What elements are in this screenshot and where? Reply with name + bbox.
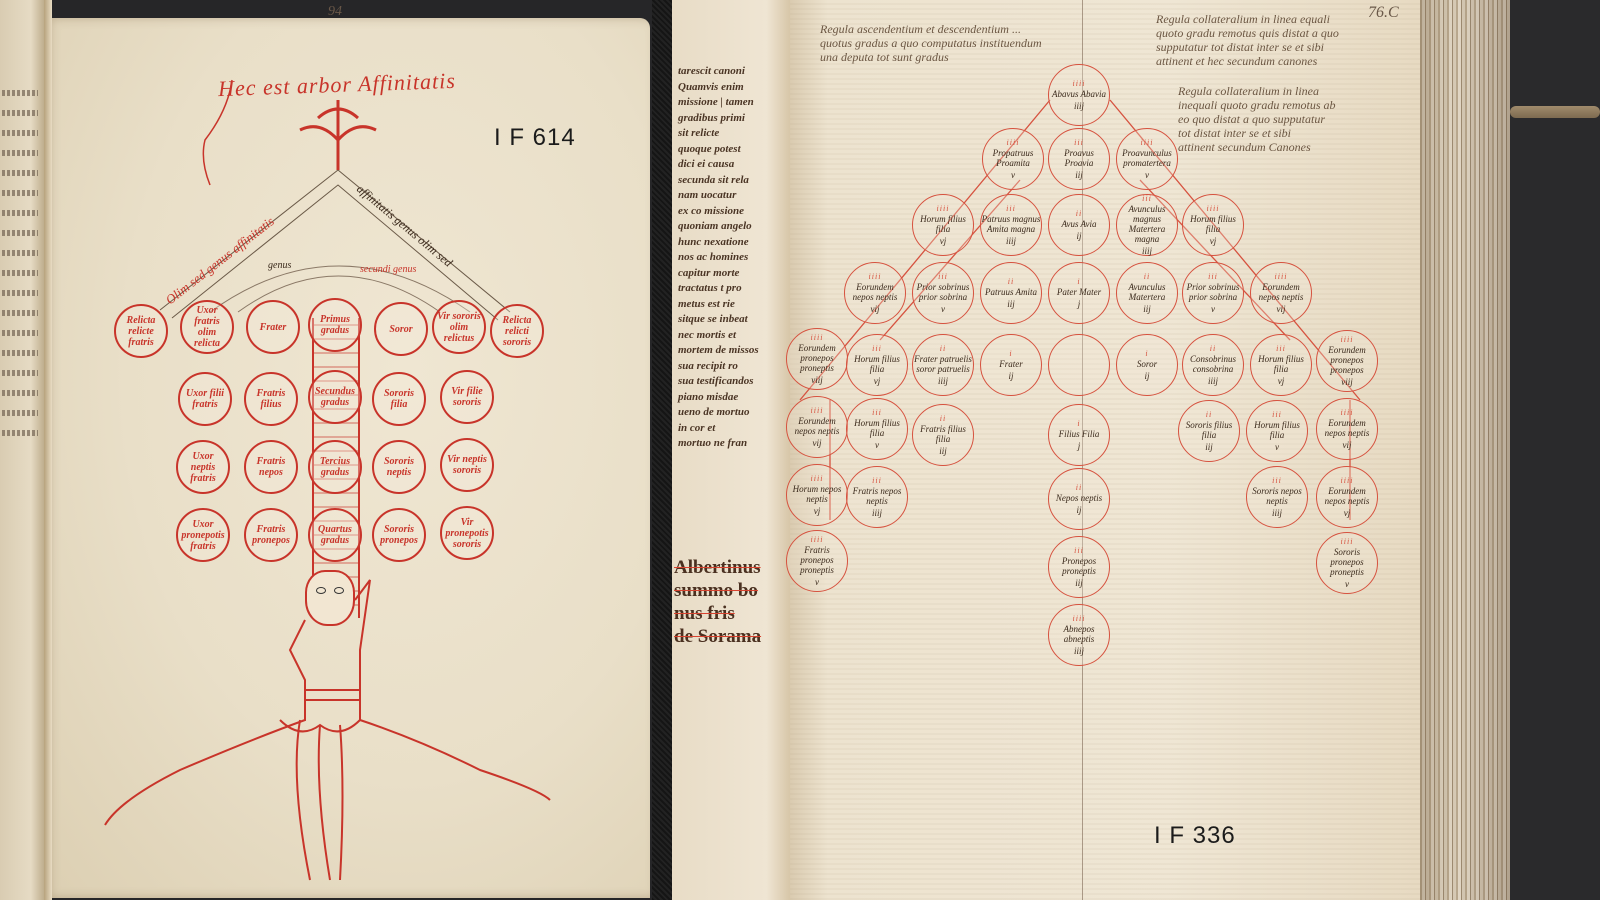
kin-circle: iiiPrior sobrinus prior sobrinav bbox=[912, 262, 974, 324]
kin-circle: iiAvus Aviaij bbox=[1048, 194, 1110, 256]
kin-circle: iiiHorum filius filiav bbox=[846, 398, 908, 460]
kin-circle: iiConsobrinus consobrinaiiij bbox=[1182, 334, 1244, 396]
kin-circle: iiiSororis nepos neptisiiij bbox=[1246, 466, 1308, 528]
kin-circle: iiFratris filius filiaiij bbox=[912, 404, 974, 466]
kin-circle: iiiiAbavus Abaviaiiij bbox=[1048, 64, 1110, 126]
kin-circle: iFraterij bbox=[980, 334, 1042, 396]
kin-circle: iiiiEorundem pronepos proneptisviij bbox=[786, 328, 848, 390]
kin-circle: iiiHorum filius filiavj bbox=[846, 334, 908, 396]
kin-circle: iiiFratris nepos neptisiiij bbox=[846, 466, 908, 528]
kin-circle: iiiiFratris pronepos proneptisv bbox=[786, 530, 848, 592]
kin-circle: iiiiEorundem nepos neptisvij bbox=[844, 262, 906, 324]
kin-circle: iiiiEorundem nepos neptisvj bbox=[1316, 466, 1378, 528]
kin-circle: iiSororis filius filiaiij bbox=[1178, 400, 1240, 462]
kin-circle: iiiiEorundem nepos neptisvij bbox=[786, 396, 848, 458]
shelfmark-label-right: I F 336 bbox=[1154, 822, 1236, 850]
kin-circle: iiiiPropatruus Proamitav bbox=[982, 128, 1044, 190]
kin-circle: iiiiHorum filius filiavj bbox=[912, 194, 974, 256]
kin-circle: iPater Materj bbox=[1048, 262, 1110, 324]
kin-circle: iiiiEorundem nepos neptisvij bbox=[1250, 262, 1312, 324]
kin-circle: iiNepos neptisij bbox=[1048, 468, 1110, 530]
kin-circle: iiiiProavunculus promaterterav bbox=[1116, 128, 1178, 190]
kin-circle: iiAvunculus Materteraiij bbox=[1116, 262, 1178, 324]
kin-circle: iiiAvunculus magnus Matertera magnaiiij bbox=[1116, 194, 1178, 256]
kin-circle: iiiiEorundem nepos neptisvij bbox=[1316, 398, 1378, 460]
kin-circle: iSororij bbox=[1116, 334, 1178, 396]
kin-circle: iiiiHorum nepos neptisvj bbox=[786, 464, 848, 526]
kin-circle: iiiProavus Proaviaiij bbox=[1048, 128, 1110, 190]
kin-circle: iiiHorum filius filiavj bbox=[1250, 334, 1312, 396]
kin-circle: iiiPronepos proneptisiij bbox=[1048, 536, 1110, 598]
kin-circle: iiiHorum filius filiav bbox=[1246, 400, 1308, 462]
kin-circle: iiiPrior sobrinus prior sobrinav bbox=[1182, 262, 1244, 324]
kin-circle: iiiPatruus magnus Amita magnaiiij bbox=[980, 194, 1042, 256]
kin-circle: iiiiAbnepos abneptisiiij bbox=[1048, 604, 1110, 666]
kin-circle: iiiiHorum filius filiavj bbox=[1182, 194, 1244, 256]
kin-circle: iiiiSororis pronepos proneptisv bbox=[1316, 532, 1378, 594]
empty-center-circle bbox=[1048, 334, 1110, 396]
kin-circle: iiiiEorundem pronepos proneposviij bbox=[1316, 330, 1378, 392]
kin-circle: iiPatruus Amitaiij bbox=[980, 262, 1042, 324]
kin-circle: iiFrater patruelis soror patruelisiiij bbox=[912, 334, 974, 396]
kin-circle: iFilius Filiaj bbox=[1048, 404, 1110, 466]
